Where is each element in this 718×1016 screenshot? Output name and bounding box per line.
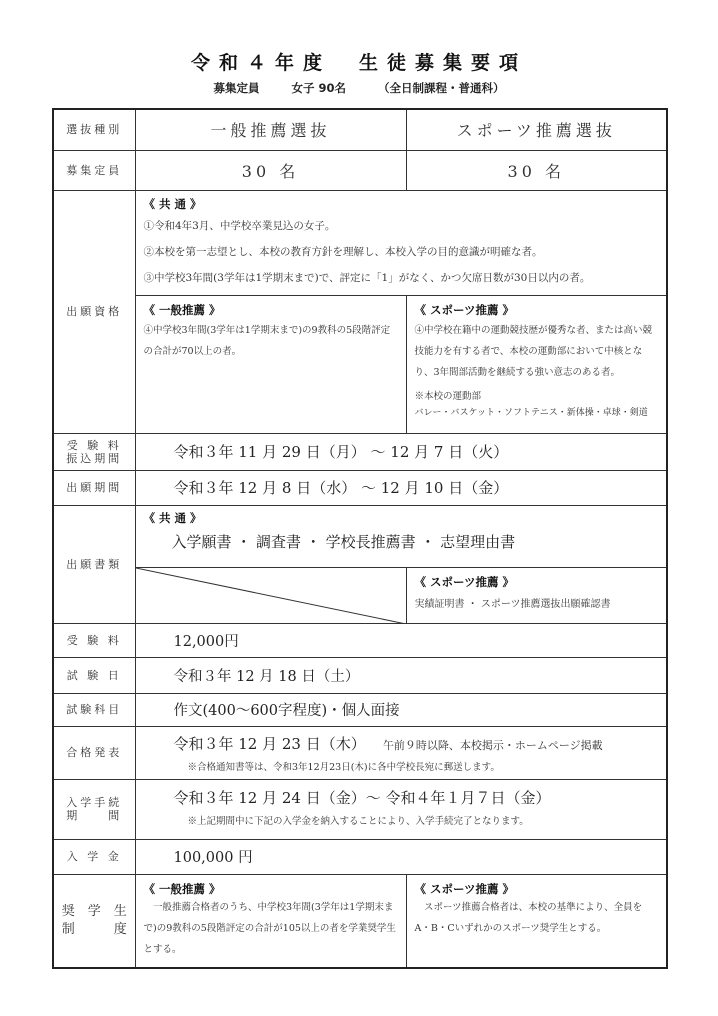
label-results: 合格発表 — [53, 726, 135, 779]
label-selection-type: 選抜種別 — [53, 109, 135, 150]
documents-sports-list: 実績証明書 ・ スポーツ推薦選抜出願確認書 — [415, 593, 659, 617]
documents-sports-header: 《 スポーツ推薦 》 — [415, 571, 659, 593]
row-fee-payment-period: 受 験 料 振込期間 令和３年 11 月 29 日（月） ～ 12 月 7 日（… — [53, 433, 667, 470]
label-application-period: 出願期間 — [53, 470, 135, 505]
results-note: ※合格通知書等は、令和3年12月23日(木)に各中学校長宛に郵送します。 — [174, 759, 667, 777]
label-line-1: 奨 学 生 — [54, 903, 135, 921]
eligibility-common: 《 共 通 》 ①令和4年3月、中学校卒業見込の女子。 ②本校を第一志望とし、本… — [135, 190, 667, 295]
row-exam-subjects: 試験科目 作文(400～600字程度)・個人面接 — [53, 693, 667, 726]
exam-fee-value: 12,000円 — [135, 623, 667, 657]
eligibility-sports-header: 《 スポーツ推薦 》 — [415, 302, 659, 318]
general-capacity: 30 名 — [135, 150, 406, 190]
scholarship-sports-header: 《 スポーツ推薦 》 — [415, 881, 659, 897]
row-application-period: 出願期間 令和３年 12 月 8 日（水） ～ 12 月 10 日（金） — [53, 470, 667, 505]
admissions-table: 選抜種別 一般推薦選抜 スポーツ推薦選抜 募集定員 30 名 30 名 出願資格… — [52, 108, 668, 969]
label-documents: 出願書類 — [53, 505, 135, 623]
row-selection-type: 選抜種別 一般推薦選抜 スポーツ推薦選抜 — [53, 109, 667, 150]
enrollment-period-note: ※上記期間中に下記の入学金を納入することにより、入学手続完了となります。 — [174, 812, 667, 832]
eligibility-sports-text: ④中学校在籍中の運動競技歴が優秀な者、または高い競技能力を有する者で、本校の運動… — [415, 320, 659, 383]
documents-sports: 《 スポーツ推薦 》 実績証明書 ・ スポーツ推薦選抜出願確認書 — [406, 567, 667, 623]
eligibility-general: 《 一般推薦 》 ④中学校3年間(3学年は1学期末まで)の9教科の5段階評定の合… — [135, 295, 406, 433]
label-line-2: 振込期間 — [54, 452, 135, 465]
scholarship-sports: 《 スポーツ推薦 》 スポーツ推薦合格者は、本校の基準により、全員をA・B・Cい… — [406, 874, 667, 968]
documents-common: 《 共 通 》 入学願書 ・ 調査書 ・ 学校長推薦書 ・ 志望理由書 — [135, 505, 667, 567]
label-exam-date: 試 験 日 — [53, 657, 135, 693]
documents-common-header: 《 共 通 》 — [144, 509, 659, 527]
enrollment-period-cell: 令和３年 12 月 24 日（金）～ 令和４年１月７日（金） ※上記期間中に下記… — [135, 779, 667, 839]
documents-general-empty — [135, 567, 406, 623]
row-results: 合格発表 令和３年 12 月 23 日（木） 午前９時以降、本校掲示・ホームペー… — [53, 726, 667, 779]
label-scholarship: 奨 学 生 制 度 — [53, 874, 135, 968]
eligibility-general-text: ④中学校3年間(3学年は1学期末まで)の9教科の5段階評定の合計が70以上の者。 — [144, 320, 398, 362]
sports-selection: スポーツ推薦選抜 — [406, 109, 667, 150]
eligibility-item-1: ①令和4年3月、中学校卒業見込の女子。 — [144, 213, 659, 239]
sports-clubs-label: ※本校の運動部 — [415, 389, 659, 405]
scholarship-general-header: 《 一般推薦 》 — [144, 881, 398, 897]
eligibility-item-2: ②本校を第一志望とし、本校の教育方針を理解し、本校入学の目的意識が明確な者。 — [144, 239, 659, 265]
row-enrollment-fee: 入 学 金 100,000 円 — [53, 839, 667, 874]
row-eligibility-specific: 《 一般推薦 》 ④中学校3年間(3学年は1学期末まで)の9教科の5段階評定の合… — [53, 295, 667, 433]
label-fee-payment-period: 受 験 料 振込期間 — [53, 433, 135, 470]
page-title: 令和４年度 生徒募集要項 — [0, 48, 718, 75]
sports-clubs: バレー・バスケット・ソフトテニス・新体操・卓球・剣道 — [415, 405, 659, 421]
eligibility-sports: 《 スポーツ推薦 》 ④中学校在籍中の運動競技歴が優秀な者、または高い競技能力を… — [406, 295, 667, 433]
label-enrollment-period: 入学手続 期 間 — [53, 779, 135, 839]
enrollment-fee-value: 100,000 円 — [135, 839, 667, 874]
row-documents-sports: 《 スポーツ推薦 》 実績証明書 ・ スポーツ推薦選抜出願確認書 — [53, 567, 667, 623]
row-capacity: 募集定員 30 名 30 名 — [53, 150, 667, 190]
exam-subjects-value: 作文(400～600字程度)・個人面接 — [135, 693, 667, 726]
label-line-1: 受 験 料 — [54, 439, 135, 452]
results-line: 令和３年 12 月 23 日（木） 午前９時以降、本校掲示・ホームページ掲載 — [174, 731, 667, 759]
label-exam-fee: 受 験 料 — [53, 623, 135, 657]
documents-common-list: 入学願書 ・ 調査書 ・ 学校長推薦書 ・ 志望理由書 — [144, 527, 659, 557]
diagonal-line-icon — [136, 568, 406, 624]
row-enrollment-period: 入学手続 期 間 令和３年 12 月 24 日（金）～ 令和４年１月７日（金） … — [53, 779, 667, 839]
row-exam-fee: 受 験 料 12,000円 — [53, 623, 667, 657]
label-line-2: 期 間 — [54, 809, 135, 822]
label-line-2: 制 度 — [54, 921, 135, 939]
eligibility-item-3: ③中学校3年間(3学年は1学期末まで)で、評定に「1」がなく、かつ欠席日数が30… — [144, 265, 659, 291]
fee-payment-period-value: 令和３年 11 月 29 日（月） ～ 12 月 7 日（火） — [135, 433, 667, 470]
sports-capacity: 30 名 — [406, 150, 667, 190]
capacity-total: 女子 90名 — [291, 81, 346, 95]
scholarship-general-text: 一般推薦合格者のうち、中学校3年間(3学年は1学期末まで)の9教科の5段階評定の… — [144, 897, 398, 960]
label-exam-subjects: 試験科目 — [53, 693, 135, 726]
row-scholarship: 奨 学 生 制 度 《 一般推薦 》 一般推薦合格者のうち、中学校3年間(3学年… — [53, 874, 667, 968]
label-capacity: 募集定員 — [53, 150, 135, 190]
label-line-1: 入学手続 — [54, 796, 135, 809]
scholarship-sports-text: スポーツ推薦合格者は、本校の基準により、全員をA・B・Cいずれかのスポーツ奨学生… — [415, 897, 659, 939]
row-eligibility-common: 出願資格 《 共 通 》 ①令和4年3月、中学校卒業見込の女子。 ②本校を第一志… — [53, 190, 667, 295]
page-subtitle: 募集定員 女子 90名 （全日制課程・普通科） — [0, 80, 718, 96]
row-documents-common: 出願書類 《 共 通 》 入学願書 ・ 調査書 ・ 学校長推薦書 ・ 志望理由書 — [53, 505, 667, 567]
application-period-value: 令和３年 12 月 8 日（水） ～ 12 月 10 日（金） — [135, 470, 667, 505]
eligibility-common-header: 《 共 通 》 — [144, 195, 659, 213]
label-enrollment-fee: 入 学 金 — [53, 839, 135, 874]
general-selection: 一般推薦選抜 — [135, 109, 406, 150]
exam-date-value: 令和３年 12 月 18 日（土） — [135, 657, 667, 693]
label-eligibility: 出願資格 — [53, 190, 135, 433]
eligibility-general-header: 《 一般推薦 》 — [144, 302, 398, 318]
capacity-label: 募集定員 — [213, 81, 259, 95]
results-cell: 令和３年 12 月 23 日（木） 午前９時以降、本校掲示・ホームページ掲載 ※… — [135, 726, 667, 779]
scholarship-general: 《 一般推薦 》 一般推薦合格者のうち、中学校3年間(3学年は1学期末まで)の9… — [135, 874, 406, 968]
row-exam-date: 試 験 日 令和３年 12 月 18 日（土） — [53, 657, 667, 693]
course-info: （全日制課程・普通科） — [378, 81, 505, 95]
results-date: 令和３年 12 月 23 日（木） — [174, 735, 366, 753]
results-detail: 午前９時以降、本校掲示・ホームページ掲載 — [383, 739, 603, 752]
enrollment-period-value: 令和３年 12 月 24 日（金）～ 令和４年１月７日（金） — [174, 784, 667, 812]
